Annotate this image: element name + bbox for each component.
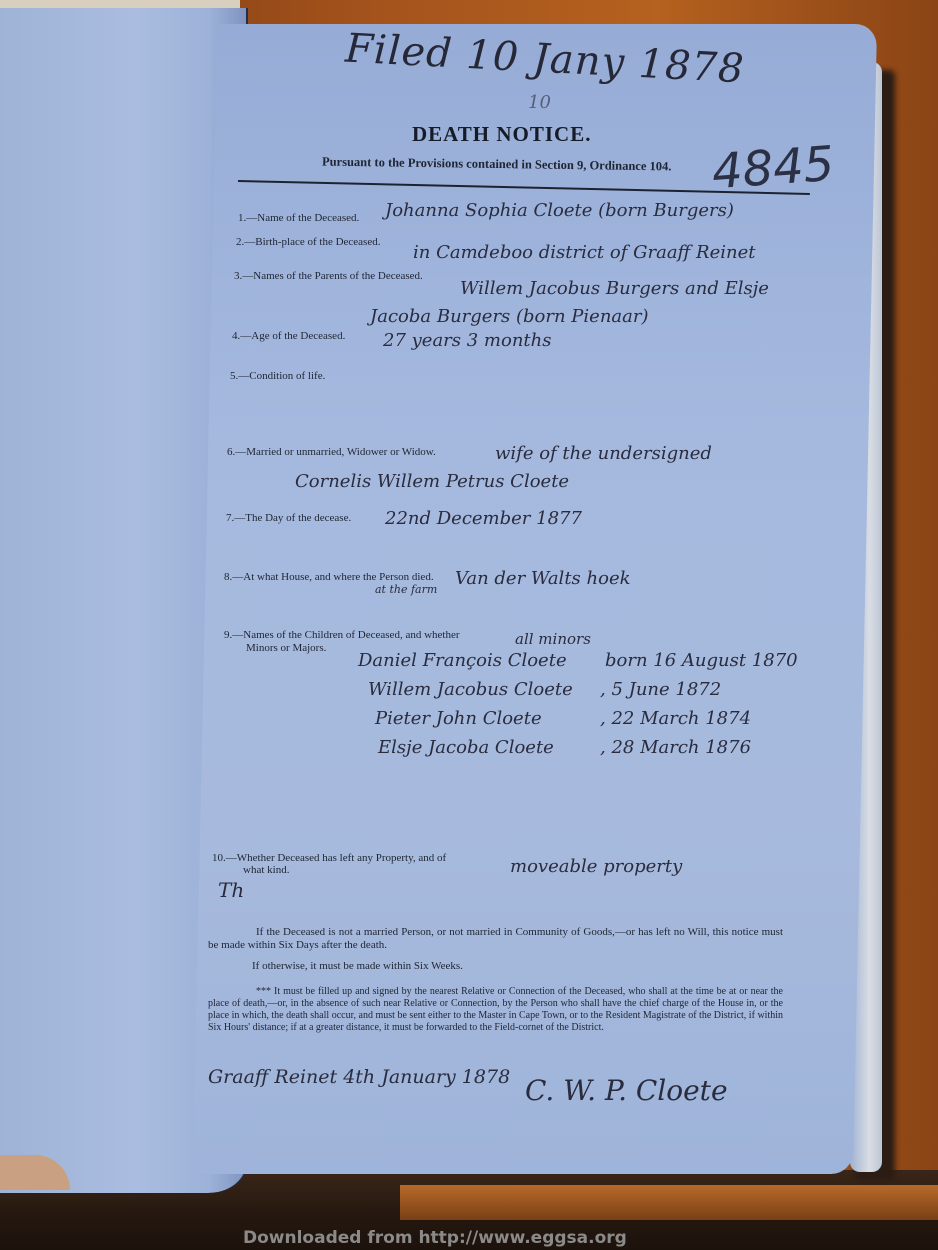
field-label-married: 6.—Married or unmarried, Widower or Wido… xyxy=(227,446,436,458)
field-label-name: 1.—Name of the Deceased. xyxy=(238,212,359,224)
margin-mark: Th xyxy=(218,878,244,902)
child-2-name: Willem Jacobus Cloete xyxy=(368,679,573,700)
field-value-name: Johanna Sophia Cloete (born Burgers) xyxy=(385,200,734,221)
field-value-property: moveable property xyxy=(510,856,682,877)
field-value-age: 27 years 3 months xyxy=(383,330,551,351)
watermark: Downloaded from http://www.eggsa.org xyxy=(243,1228,627,1248)
notice-paragraph-2: If otherwise, it must be made within Six… xyxy=(252,960,827,973)
field-value-house: Van der Walts hoek xyxy=(455,568,631,589)
field-label-property: 10.—Whether Deceased has left any Proper… xyxy=(212,852,446,864)
field-label-condition: 5.—Condition of life. xyxy=(230,370,325,382)
field-label-birthplace: 2.—Birth-place of the Deceased. xyxy=(236,236,380,248)
field-label-property-2: what kind. xyxy=(243,864,289,876)
field-label-children: 9.—Names of the Children of Deceased, an… xyxy=(224,629,460,641)
field-label-parents: 3.—Names of the Parents of the Deceased. xyxy=(234,270,423,282)
page-title: DEATH NOTICE. xyxy=(412,122,591,147)
field-value-married: wife of the undersigned xyxy=(495,443,712,464)
child-1-name: Daniel François Cloete xyxy=(358,650,567,671)
field-value-married-2: Cornelis Willem Petrus Cloete xyxy=(295,471,569,492)
field-label-age: 4.—Age of the Deceased. xyxy=(232,330,345,342)
field-label-children-2: Minors or Majors. xyxy=(246,642,326,654)
filed-sub: 10 xyxy=(528,92,551,113)
signature: C. W. P. Cloete xyxy=(525,1074,728,1107)
child-1-born: born 16 August 1870 xyxy=(605,650,798,671)
field-label-house: 8.—At what House, and where the Person d… xyxy=(224,571,434,583)
field-value-date: 22nd December 1877 xyxy=(385,508,582,529)
field-label-date: 7.—The Day of the decease. xyxy=(226,512,351,524)
field-value-house-prefix: at the farm xyxy=(375,583,437,596)
field-value-birthplace: in Camdeboo district of Graaff Reinet xyxy=(413,242,755,263)
field-value-children-status: all minors xyxy=(515,630,591,648)
notice-paragraph-3: *** It must be filled up and signed by t… xyxy=(208,986,783,1034)
child-3-born: , 22 March 1874 xyxy=(600,708,751,729)
child-2-born: , 5 June 1872 xyxy=(600,679,721,700)
desk-edge xyxy=(400,1185,938,1220)
notice-paragraph-1: If the Deceased is not a married Person,… xyxy=(208,926,783,952)
child-3-name: Pieter John Cloete xyxy=(375,708,542,729)
child-4-born: , 28 March 1876 xyxy=(600,737,751,758)
child-4-name: Elsje Jacoba Cloete xyxy=(378,737,554,758)
field-value-parents-2: Jacoba Burgers (born Pienaar) xyxy=(370,306,649,327)
field-value-parents: Willem Jacobus Burgers and Elsje xyxy=(460,278,769,299)
place-date: Graaff Reinet 4th January 1878 xyxy=(208,1066,510,1088)
